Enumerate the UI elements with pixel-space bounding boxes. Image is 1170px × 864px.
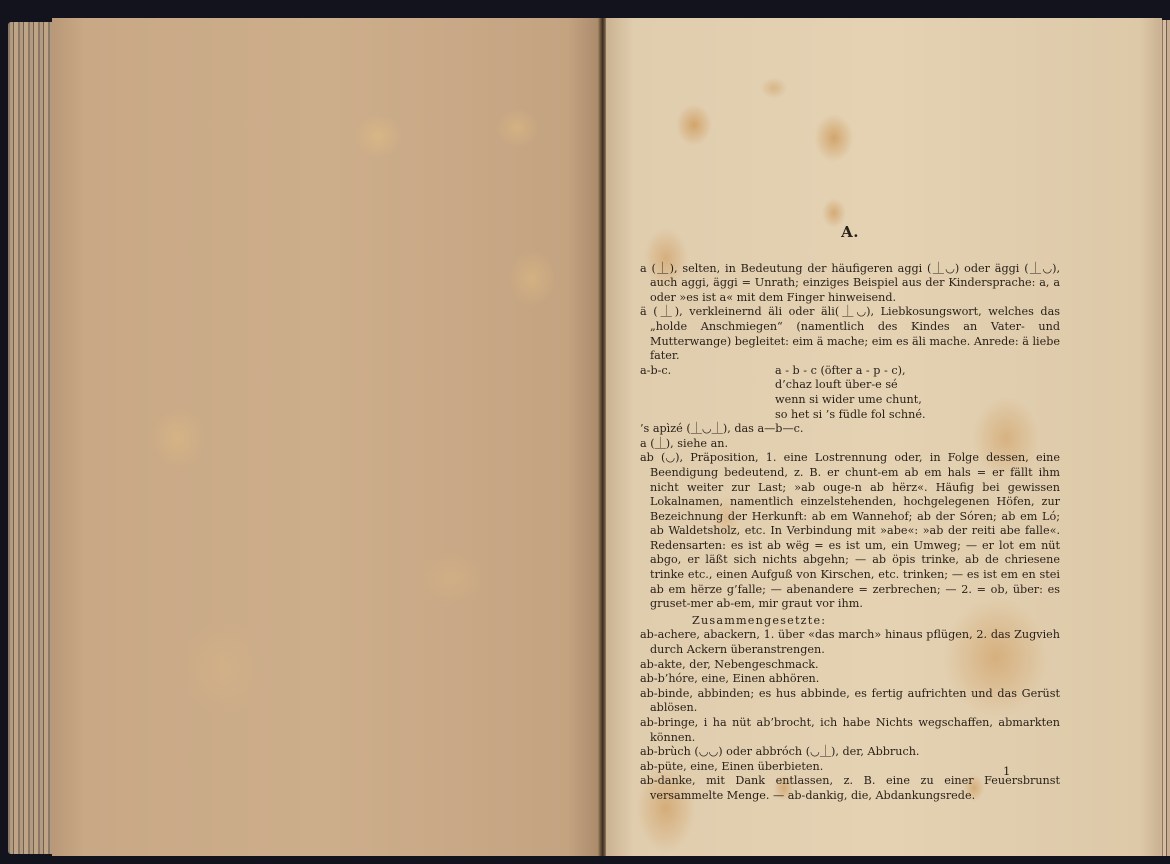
right-page-text: A. a (⏊), selten, in Bedeutung der häufi… xyxy=(640,225,1060,804)
dictionary-entry: a (⏊), siehe an. xyxy=(640,437,1060,452)
section-heading: A. xyxy=(640,225,1060,240)
verse-lines: a - b - c (öfter a - p - c), d’chaz louf… xyxy=(775,364,926,422)
verse-line: a - b - c (öfter a - p - c), xyxy=(775,364,926,379)
verse-block: a-b-c. a - b - c (öfter a - p - c), d’ch… xyxy=(640,364,1060,422)
verse-line: d’chaz louft über-e sé xyxy=(775,378,926,393)
compound-entry: ab-bringe, i ha nüt ab’brocht, ich habe … xyxy=(640,716,1060,745)
compound-entry: ab-akte, der, Nebengeschmack. xyxy=(640,658,1060,673)
verse-line: wenn si wider ume chunt, xyxy=(775,393,926,408)
compound-entry: ab-püte, eine, Einen überbieten. xyxy=(640,760,1060,775)
verse-headword: a-b-c. xyxy=(640,364,775,422)
compound-entry: ab-binde, abbinden; es hus abbinde, es f… xyxy=(640,687,1060,716)
dictionary-entry: ä (⏊), verkleinernd äli oder äli(⏊◡), Li… xyxy=(640,305,1060,363)
dictionary-entry: ’s apìzé (⏊◡⏊), das a—b—c. xyxy=(640,422,1060,437)
compound-entry: ab-b’hóre, eine, Einen abhören. xyxy=(640,672,1060,687)
compounds-heading: Zusammengesetzte: xyxy=(640,614,1060,629)
dictionary-entry: a (⏊), selten, in Bedeutung der häufiger… xyxy=(640,262,1060,306)
dictionary-entry: ab (◡), Präposition, 1. eine Lostrennung… xyxy=(640,451,1060,612)
compound-entry: ab-achere, abackern, 1. über «das march»… xyxy=(640,628,1060,657)
page-edges-left xyxy=(8,22,54,854)
compound-entry: ab-danke, mit Dank entlassen, z. B. eine… xyxy=(640,774,1060,803)
left-page-blank xyxy=(52,18,600,856)
page-edges-right xyxy=(1160,20,1170,856)
page-number: 1 xyxy=(1003,764,1010,778)
compound-entry: ab-brùch (◡◡) oder abbróch (◡⏊), der, Ab… xyxy=(640,745,1060,760)
verse-line: so het si ’s füdle fol schné. xyxy=(775,408,926,423)
